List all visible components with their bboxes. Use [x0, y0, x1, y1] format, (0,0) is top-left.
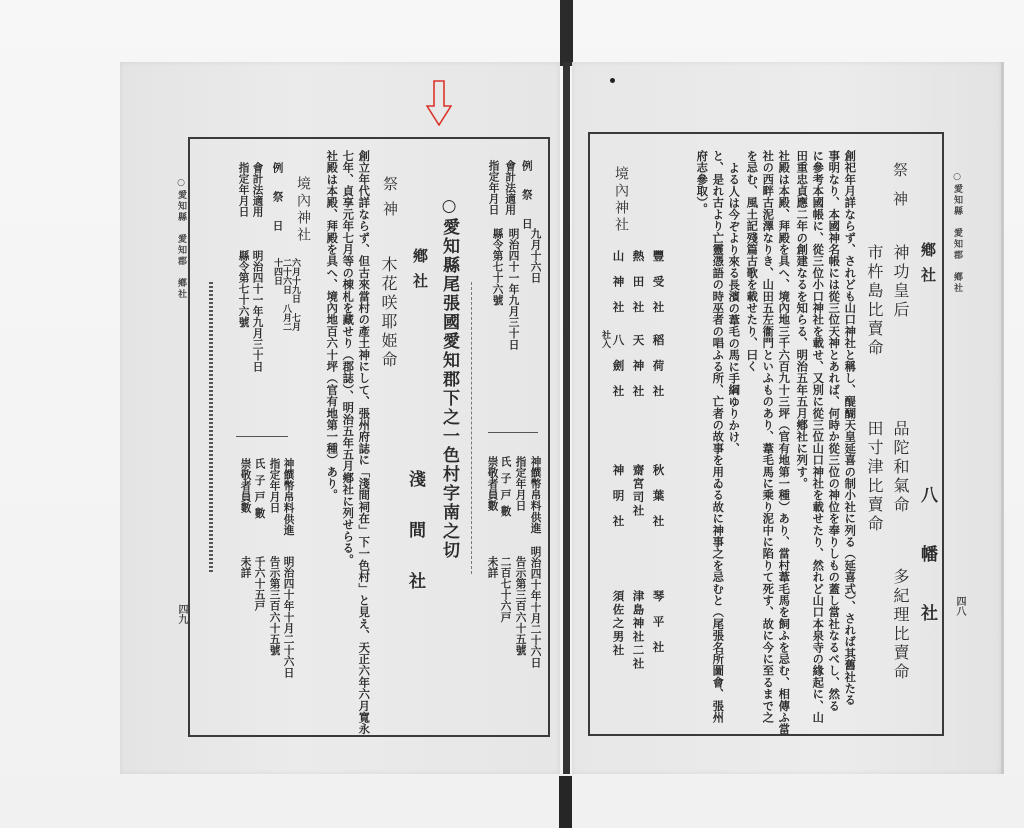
down-arrow-icon — [426, 80, 452, 126]
location-heading: ○愛知縣尾張國愛知郡下之一色村字南之切 — [440, 196, 457, 560]
sub-shrine: 天神社 — [632, 334, 644, 411]
s2-meta-label-2: 指定年月日 — [238, 162, 249, 218]
history-line-2: 七年、貞享元年七月等の棟札を藏せり（郡誌）、明治五年五月鄕社に列せらる。 — [342, 150, 353, 566]
sub-shrine: 熱田社 — [632, 250, 644, 327]
right-shrine-rank: 鄕社 — [920, 242, 935, 292]
s2-meta-value-1: 明治四十一年九月三十日 — [252, 250, 263, 372]
sub-shrine: 稻荷社 — [652, 334, 664, 411]
s2-meta2-label-1: 指定年月日 — [269, 458, 280, 514]
divider-2 — [236, 436, 288, 437]
sub-shrine: 神明社 — [612, 464, 624, 541]
sub-shrine: 津島神社二社 — [632, 590, 644, 671]
right-page-number: 四八 — [954, 596, 964, 616]
s2-meta-value-0: 六月十九日 七月二十六日 八月二十四日 — [272, 258, 299, 338]
binding-clip-bottom — [559, 776, 572, 828]
deity-1: 神功皇后 — [892, 244, 908, 320]
book-spine — [563, 62, 570, 774]
s2-meta2-value-0: 明治四十年十月二十六日 — [283, 556, 294, 678]
deity-3: 多紀理比賣命 — [892, 568, 908, 682]
left-page-number: 四九 — [176, 604, 186, 624]
deity-4: 市杵島比賣命 — [866, 244, 882, 358]
meta2-value-0: 明治四十年十月二十六日 — [530, 546, 541, 668]
meta-label-designated: 指定年月日 — [488, 160, 499, 233]
right-deity-label: 祭神 — [892, 162, 907, 220]
meta2-value-1: 告示第三百六十五號 — [515, 556, 526, 656]
divider — [488, 432, 538, 433]
shrine-name: 淺間社 — [406, 470, 423, 623]
meta-value-festival: 九月十六日 — [530, 228, 541, 284]
s2-meta-value-2: 縣令第七十六號 — [238, 250, 249, 328]
precinct-label: 境內神社 — [296, 176, 310, 244]
r-history-line-2: 事明なり、本國神名帳には從三位天神とあれば、何時か從三位の神位を奉りしもの蓋し當… — [828, 150, 839, 712]
deity-2: 品陀和氣命 — [892, 420, 908, 515]
shrine1-meta: 例 祭 日 會計法適用 指定年月日 — [488, 160, 532, 233]
deity-5: 田寸津比賣命 — [866, 420, 882, 534]
r-history-line-1: 創祀年月詳ならず、されども山口神社と稱し、醍醐天皇延喜の制小社に列る（延喜式）、… — [844, 150, 855, 706]
right-shrine-name: 八幡社 — [918, 486, 935, 663]
s2-meta2-label-2: 氏子戸數 — [254, 458, 265, 524]
s2-meta2-label-3: 崇敬者員數 — [240, 458, 251, 514]
sub-shrine: 豐受社 — [652, 250, 664, 327]
sub-shrine: 齋宮司社 — [632, 464, 644, 518]
s2-meta2-value-1: 告示第三百六十五號 — [269, 556, 280, 656]
r-history-line-10: 府志參取）。 — [696, 150, 707, 215]
dashed-separator — [471, 282, 472, 574]
right-precinct-label: 境內神社 — [614, 166, 628, 234]
deity-label: 祭神 — [382, 176, 397, 226]
sub-shrine: 琴平社 — [652, 590, 664, 667]
r-history-line-7: を忌む、風土記殘篇古歌を載せたり、曰く — [746, 150, 757, 372]
r-history-line-3: に參考本國帳に、從三位小口神社を載せ、又別に從三位山口神社を載せたり、然れど山口… — [812, 150, 823, 723]
history-line-1: 創立年代詳ならず、但古來當村の產土神にして、張州府誌に「淺間祠在」下一色村」と見… — [358, 150, 369, 735]
s2-meta2-label-0: 神饌幣帛料供進 — [283, 458, 294, 536]
r-history-line-5: 社殿は本殿、拜殿を具へ、境內地三千六百九十三坪（官有地第一種）あり、當村葦毛馬を… — [778, 150, 789, 735]
r-history-line-6: 社の西畔古泥澤なりき、山田五左衞門といふものあり、葦毛馬に乘り泥中に陷りて死す、… — [762, 150, 773, 723]
s2-meta2-value-2: 千六十五戸 — [254, 556, 265, 612]
meta2-value-3: 未詳 — [487, 556, 498, 578]
wavy-separator — [209, 282, 213, 574]
meta-label-accounting: 會計法適用 — [505, 160, 516, 233]
meta2-label-1: 指定年月日 — [515, 456, 526, 512]
meta-value-designated: 縣令第七十六號 — [492, 228, 503, 306]
deity-name: 木花咲耶姫命 — [380, 256, 396, 370]
ink-speck — [610, 78, 615, 83]
binding-clip-top — [560, 0, 573, 66]
s2-meta-label-0: 例 祭 日 — [272, 162, 283, 235]
history-line-3: 社殿は本殿、拜殿を具へ、境內地百六十坪（官有地第一種）あり。 — [326, 150, 337, 501]
s2-meta-label-1: 會計法適用 — [252, 162, 263, 218]
r-history-line-9: と、是れ古より亡靈憑語の時巫者の唱ふる所、亡者の故事を用ゐる故に神事之を忌むと（… — [712, 150, 723, 723]
meta2-value-2: 二百七十六戸 — [500, 556, 511, 623]
sub-shrine: 八劍社 — [612, 334, 624, 411]
r-history-poem: よる人は今ぞより來る長濱の葦毛の馬に手綱ゆりかけ、 — [728, 162, 739, 455]
meta2-label-0: 神饌幣帛料供進 — [530, 456, 541, 534]
sub-shrine: 須佐之男社 — [612, 590, 624, 658]
left-running-head: ○愛知縣 愛知郡 鄕社 — [176, 178, 185, 300]
sub-shrine: 秋葉社 — [652, 464, 664, 541]
s2-meta2-value-3: 未詳 — [240, 556, 251, 578]
r-history-line-4: 田重忠貞應二年の創建なるを知らる、明治五年五月鄕社に列す。 — [796, 150, 807, 489]
meta2-label-3: 崇敬者員數 — [487, 456, 498, 512]
meta-value-accounting: 明治四十一年九月三十日 — [508, 228, 519, 350]
shrine-rank: 鄕社 — [412, 248, 427, 298]
meta2-label-2: 氏子戸數 — [500, 456, 511, 522]
sub-shrine-note: 社入 — [600, 330, 609, 348]
meta-label-festival: 例 祭 日 — [521, 160, 532, 233]
sub-shrine: 山神社 — [612, 250, 624, 327]
right-running-head: ○愛知縣 愛知郡 鄕社 — [952, 172, 961, 294]
